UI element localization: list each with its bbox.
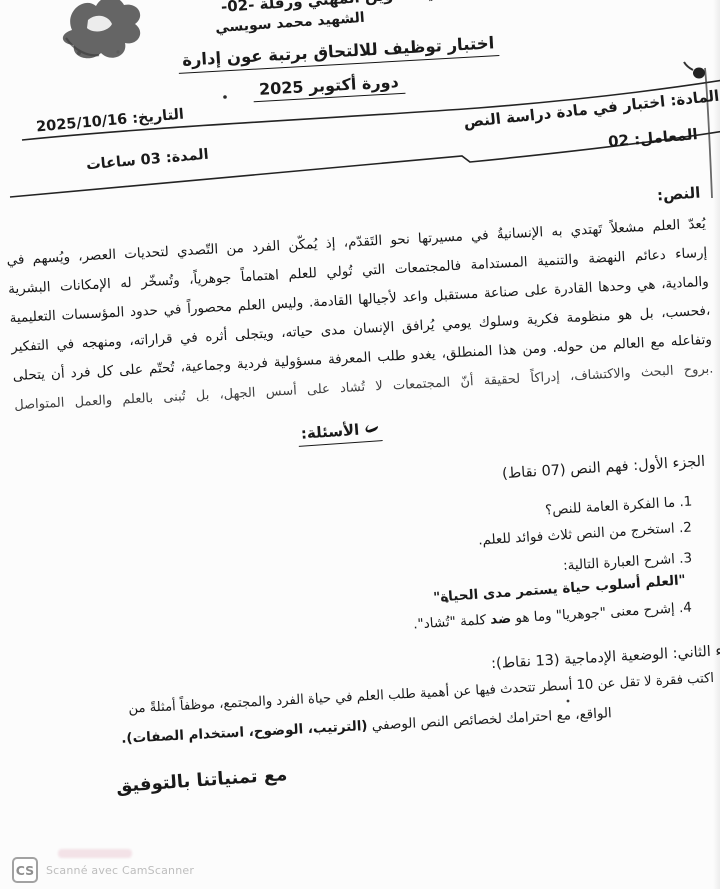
date-line: التاريخ: 2025/10/16 — [36, 107, 185, 136]
part2-title: الجزء الثاني: الوضعية الإدماجية (13 نقاط… — [491, 642, 720, 672]
camscanner-watermark: CS Scanné avec CamScanner — [12, 857, 194, 883]
text-section-label: النص: — [656, 184, 701, 205]
task-line-2-emphasis: (الترتيب، الوضوح، استخدام الصفات). — [121, 718, 368, 747]
camscanner-logo-icon: CS — [12, 857, 38, 883]
exam-text-paragraph: يُعدّ العلم مشعلاً تَهتدي به الإنسانيةُ … — [6, 210, 714, 420]
ink-dot-1 — [223, 95, 227, 99]
question-4-text: 4. إشرح معنى "جوهريا" وما هو — [511, 599, 693, 626]
ink-dot-3 — [567, 700, 570, 703]
scanned-exam-page: في التكوين المهني ورقلة -02- الشهيد محمد… — [0, 0, 720, 889]
question-4-text-end: كلمة "تُشاد". — [413, 612, 491, 633]
page-edge-shadow — [713, 0, 720, 889]
closing-wishes: مع تمنياتنا بالتوفيق — [115, 764, 287, 797]
coefficient-line: المعامل: 02 — [608, 125, 699, 151]
task-line-1: • اكتب فقرة لا تقل عن 10 أسطر تتحدث فيها… — [128, 670, 720, 716]
question-1: 1. ما الفكرة العامة للنص؟ — [544, 494, 692, 519]
questions-heading: الأسئلة: — [297, 419, 383, 447]
task-line-2-text: الواقع، مع احترامك لخصائص النص الوصفي — [367, 705, 612, 734]
ink-blob — [684, 62, 705, 79]
subject-line: المادة: اختبار في مادة دراسة النص — [463, 87, 720, 132]
pen-scribble-icon — [364, 422, 379, 434]
ink-stamp-icon — [63, 0, 140, 58]
questions-heading-label: الأسئلة: — [300, 421, 360, 443]
exam-title: اختبار توظيف للالتحاق برتبة عون إدارة — [178, 33, 499, 74]
question-3-quote: "العلم أسلوب حياة يستمر مدى الحياة" — [433, 572, 686, 606]
exam-session: دورة أكتوبر 2025 — [253, 72, 406, 102]
duration-line: المدة: 03 ساعات — [86, 147, 210, 174]
question-3: 3. اشرح العبارة التالية: — [562, 550, 692, 574]
question-2: 2. استخرج من النص ثلاث فوائد للعلم. — [478, 519, 693, 548]
question-4: 4. إشرح معنى "جوهريا" وما هو ضد كلمة "تُ… — [413, 599, 693, 632]
camscanner-text: Scanné avec CamScanner — [46, 864, 194, 877]
part1-title: الجزء الأول: فهم النص (07 نقاط) — [501, 454, 705, 482]
question-4-emphasis: ضد — [490, 611, 512, 628]
task-line-1-text: اكتب فقرة لا تقل عن 10 أسطر تتحدث فيها ع… — [128, 671, 714, 717]
